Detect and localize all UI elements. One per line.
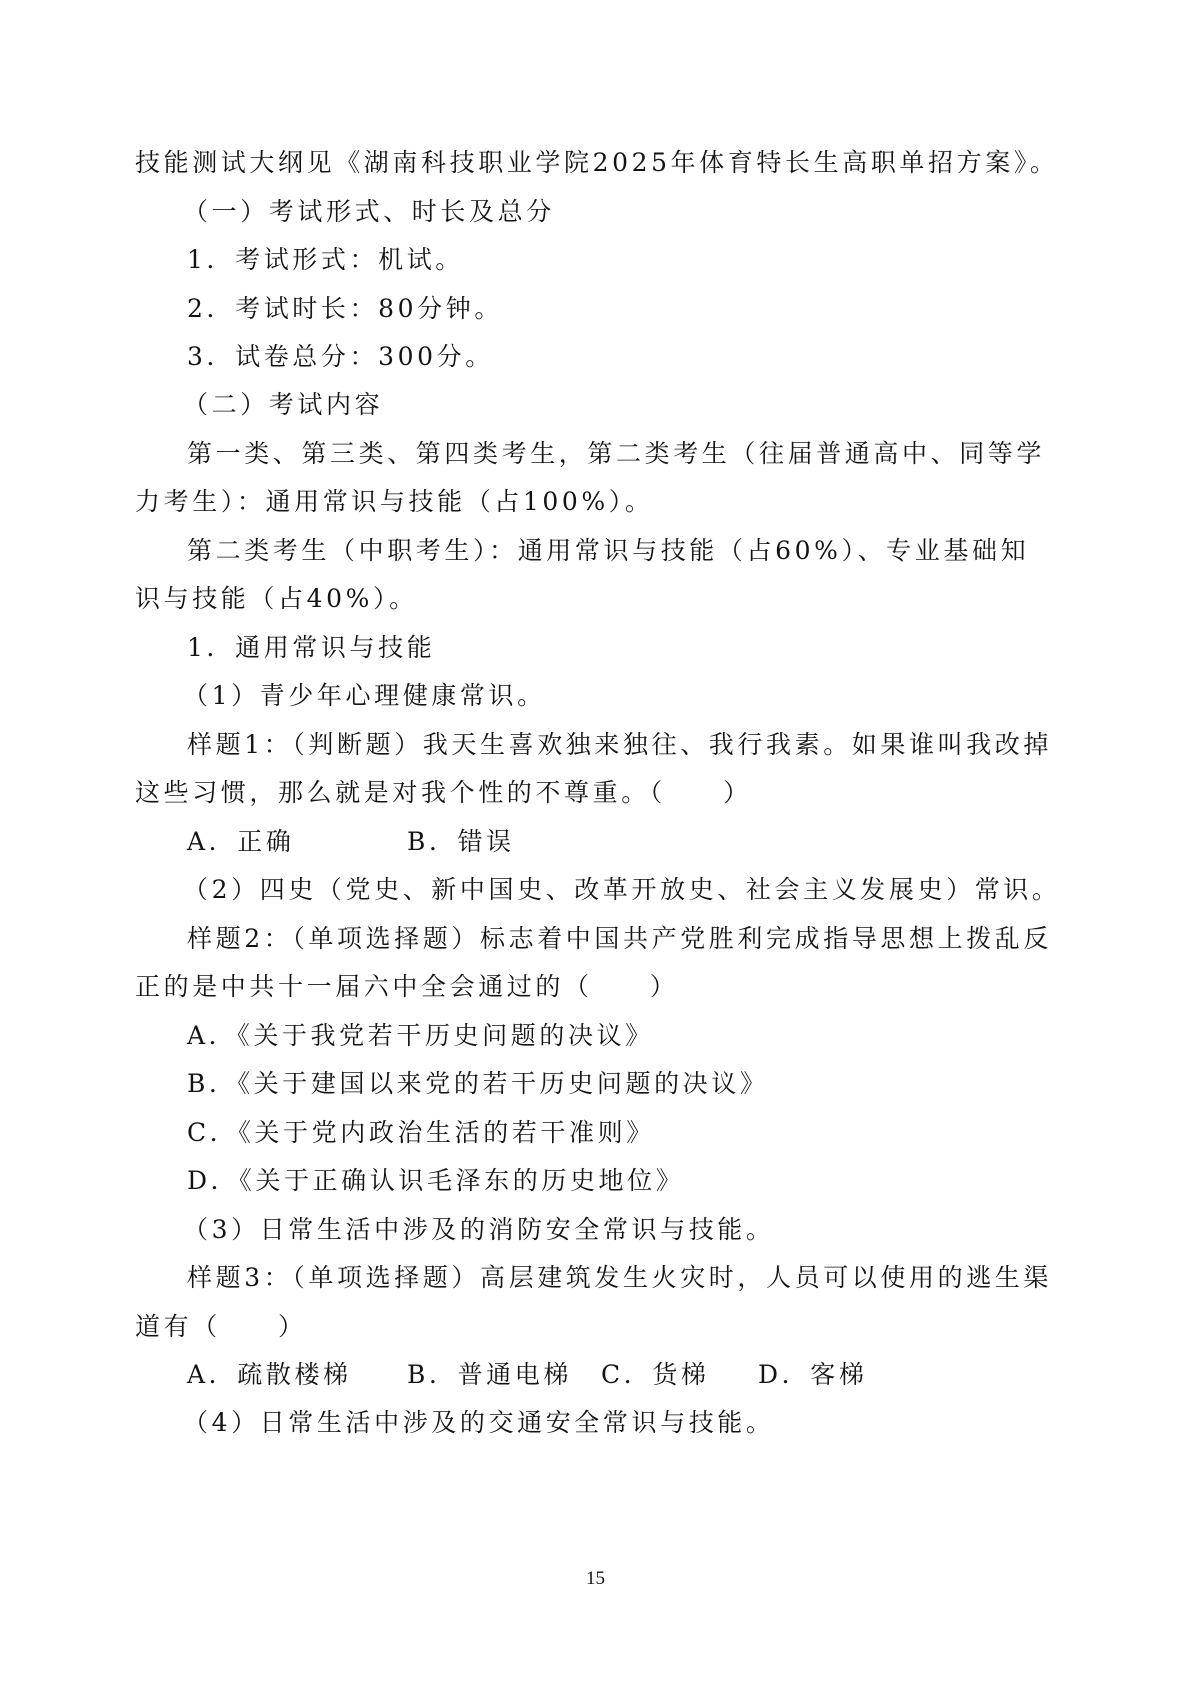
section-heading-exam-format: （一）考试形式、时长及总分 (183, 195, 1103, 229)
subsection-heading-general-knowledge: 1．通用常识与技能 (187, 631, 1107, 665)
topic-heading-fire-safety: （3）日常生活中涉及的消防安全常识与技能。 (183, 1213, 1103, 1247)
option-b: B．普通电梯 (407, 1358, 572, 1392)
paragraph-line-vocational-candidates: 第二类考生（中职考生）：通用常识与技能（占60%）、专业基础知 (187, 534, 1107, 568)
section-heading-exam-content: （二）考试内容 (183, 388, 1103, 422)
sample-question-1-cont: 这些习惯，那么就是对我个性的不尊重。（ ） (135, 776, 1055, 810)
list-item-exam-form: 1．考试形式：机试。 (187, 243, 1107, 277)
paragraph-line-vocational-candidates-cont: 识与技能（占40%）。 (135, 582, 1055, 616)
sample-question-2-cont: 正的是中共十一届六中全会通过的（ ） (135, 970, 1055, 1004)
option-a: A．正确 (187, 825, 294, 859)
option-c: C．货梯 (601, 1358, 710, 1392)
page-number: 15 (0, 1568, 1191, 1590)
list-item-exam-duration: 2．考试时长：80分钟。 (187, 292, 1107, 326)
topic-heading-mental-health: （1）青少年心理健康常识。 (183, 679, 1103, 713)
topic-heading-four-histories: （2）四史（党史、新中国史、改革开放史、社会主义发展史）常识。 (183, 873, 1103, 907)
sample-question-3-cont: 道有（ ） (135, 1310, 1055, 1344)
paragraph-line-candidate-categories-cont: 力考生）：通用常识与技能（占100%）。 (135, 485, 1055, 519)
list-item-total-score: 3．试卷总分：300分。 (187, 340, 1107, 374)
option-b: B．《关于建国以来党的若干历史问题的决议》 (187, 1067, 1107, 1101)
option-a: A．《关于我党若干历史问题的决议》 (187, 1019, 1107, 1053)
topic-heading-traffic-safety: （4）日常生活中涉及的交通安全常识与技能。 (183, 1406, 1103, 1440)
document-page: 技能测试大纲见《湖南科技职业学院2025年体育特长生高职单招方案》。 （一）考试… (0, 0, 1191, 1684)
option-d: D．《关于正确认识毛泽东的历史地位》 (187, 1164, 1107, 1198)
option-b: B．错误 (407, 825, 515, 859)
sample-question-2: 样题2：（单项选择题）标志着中国共产党胜利完成指导思想上拨乱反 (187, 922, 1107, 956)
paragraph-line-candidate-categories: 第一类、第三类、第四类考生，第二类考生（往届普通高中、同等学 (187, 437, 1107, 471)
option-d: D．客梯 (758, 1358, 867, 1392)
paragraph-line-syllabus-reference: 技能测试大纲见《湖南科技职业学院2025年体育特长生高职单招方案》。 (135, 146, 1055, 180)
sample-question-3: 样题3：（单项选择题）高层建筑发生火灾时，人员可以使用的逃生渠 (187, 1261, 1107, 1295)
option-a: A．疏散楼梯 (187, 1358, 352, 1392)
option-c: C．《关于党内政治生活的若干准则》 (187, 1116, 1107, 1150)
sample-question-1: 样题1：（判断题）我天生喜欢独来独往、我行我素。如果谁叫我改掉 (187, 728, 1107, 762)
